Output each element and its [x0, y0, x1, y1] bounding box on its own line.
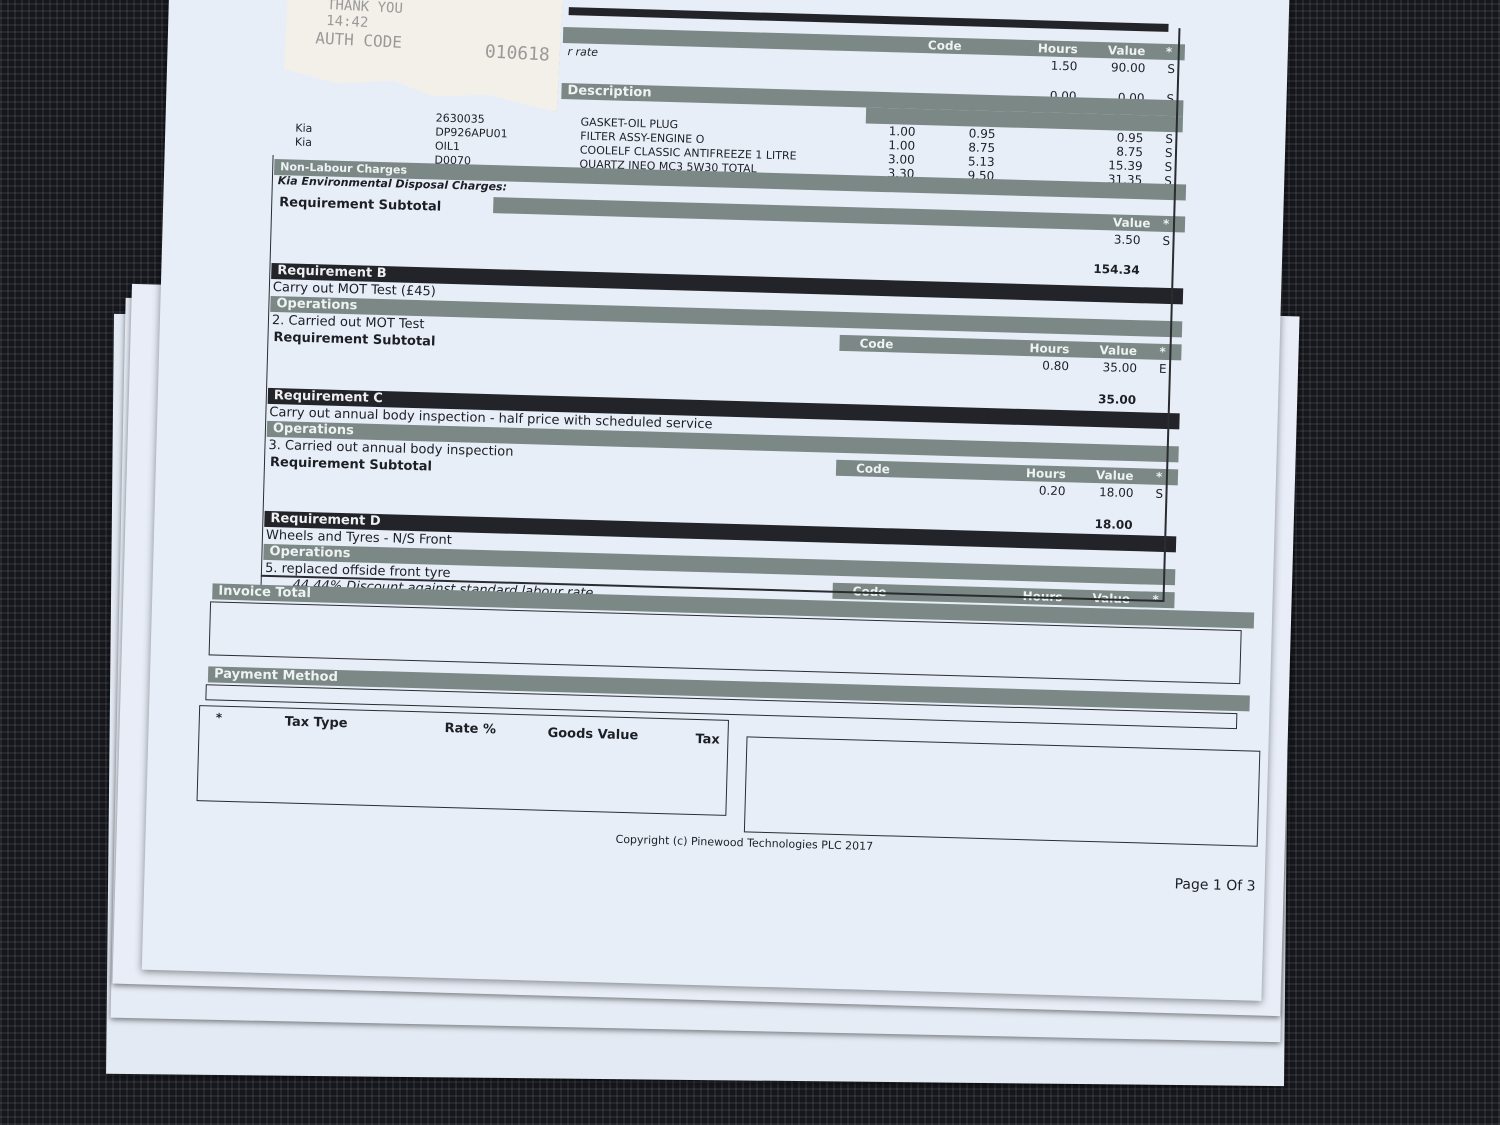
top-rule — [569, 7, 1169, 32]
labour-header-bar — [563, 27, 1185, 60]
col-code: Code — [928, 38, 962, 53]
part-flag: S — [1164, 160, 1172, 174]
col-star: * — [1159, 345, 1166, 359]
part-description: GASKET-OIL PLUG — [580, 116, 678, 132]
receipt-auth-label: AUTH CODE — [315, 28, 403, 52]
col-star: * — [1156, 470, 1163, 484]
part-make: Kia — [295, 136, 312, 149]
requirement-subtotal-value: 18.00 — [1072, 516, 1132, 532]
labour-hours: 0.80 — [1009, 358, 1069, 374]
part-number: 2630035 — [436, 111, 485, 125]
requirement-subtotal-label: Requirement Subtotal — [273, 330, 435, 350]
labour-flag: E — [1159, 362, 1167, 376]
requirement-title: Requirement B — [277, 263, 387, 281]
disposal-value: 3.50 — [1080, 232, 1140, 248]
operation-line: 2. Carried out MOT Test — [272, 313, 425, 332]
tax-col-star: * — [216, 711, 223, 725]
col-star: * — [1163, 217, 1170, 231]
labour-value: 18.00 — [1073, 484, 1133, 500]
col-value: Value — [1099, 343, 1137, 358]
operations-label: Operations — [269, 544, 350, 561]
part-number: OIL1 — [435, 139, 460, 153]
req-a-subtotal-label: Requirement Subtotal — [279, 195, 441, 215]
receipt-auth-code: 010618 — [484, 41, 550, 65]
tax-col-rate: Rate % — [444, 721, 496, 737]
value-header-bar — [493, 197, 1185, 232]
requirement-title: Requirement C — [274, 388, 383, 406]
col-hours: Hours — [1029, 341, 1069, 356]
invoice-total-label: Invoice Total — [218, 584, 311, 602]
req-a-subtotal-value: 154.34 — [1080, 262, 1140, 278]
labour-flag: S — [1167, 62, 1175, 76]
col-hours: Hours — [1026, 466, 1066, 481]
col-hours: Hours — [1038, 41, 1078, 56]
disposal-flag: S — [1162, 234, 1170, 248]
tax-col-tax: Tax — [695, 732, 720, 748]
labour-hours: 1.50 — [1017, 58, 1077, 74]
invoice-page: Code Hours Value * r rate 1.50 90.00 S 0… — [142, 0, 1290, 1001]
tax-col-type: Tax Type — [285, 715, 348, 732]
page-number: Page 1 Of 3 — [1174, 876, 1255, 894]
tax-col-goods: Goods Value — [547, 726, 638, 744]
col-star: * — [1166, 45, 1173, 59]
part-flag: S — [1165, 132, 1173, 146]
labour-rate-label: r rate — [567, 45, 598, 59]
requirement-subtotal-value: 35.00 — [1076, 391, 1136, 407]
part-flag: S — [1165, 146, 1173, 160]
labour-hours: 0.20 — [1005, 483, 1065, 499]
copyright: Copyright (c) Pinewood Technologies PLC … — [615, 833, 873, 853]
col-code: Code — [856, 461, 890, 476]
col-value: Value — [1113, 215, 1151, 230]
col-value: Value — [1096, 468, 1134, 483]
tax-table: * Tax Type Rate % Goods Value Tax — [197, 705, 729, 816]
requirement-title: Requirement D — [270, 511, 381, 529]
totals-box — [744, 736, 1260, 846]
payment-method-label: Payment Method — [214, 667, 338, 685]
operations-label: Operations — [276, 296, 357, 313]
col-description: Description — [567, 83, 651, 100]
part-make: Kia — [295, 122, 312, 135]
part-number: DP926APU01 — [435, 125, 508, 140]
labour-flag: S — [1155, 487, 1163, 501]
col-value: Value — [1108, 43, 1146, 58]
requirement-subtotal-label: Requirement Subtotal — [270, 455, 432, 475]
labour-value: 90.00 — [1085, 60, 1145, 76]
col-code: Code — [859, 336, 893, 351]
operations-label: Operations — [273, 421, 354, 438]
labour-value: 35.00 — [1077, 359, 1137, 375]
